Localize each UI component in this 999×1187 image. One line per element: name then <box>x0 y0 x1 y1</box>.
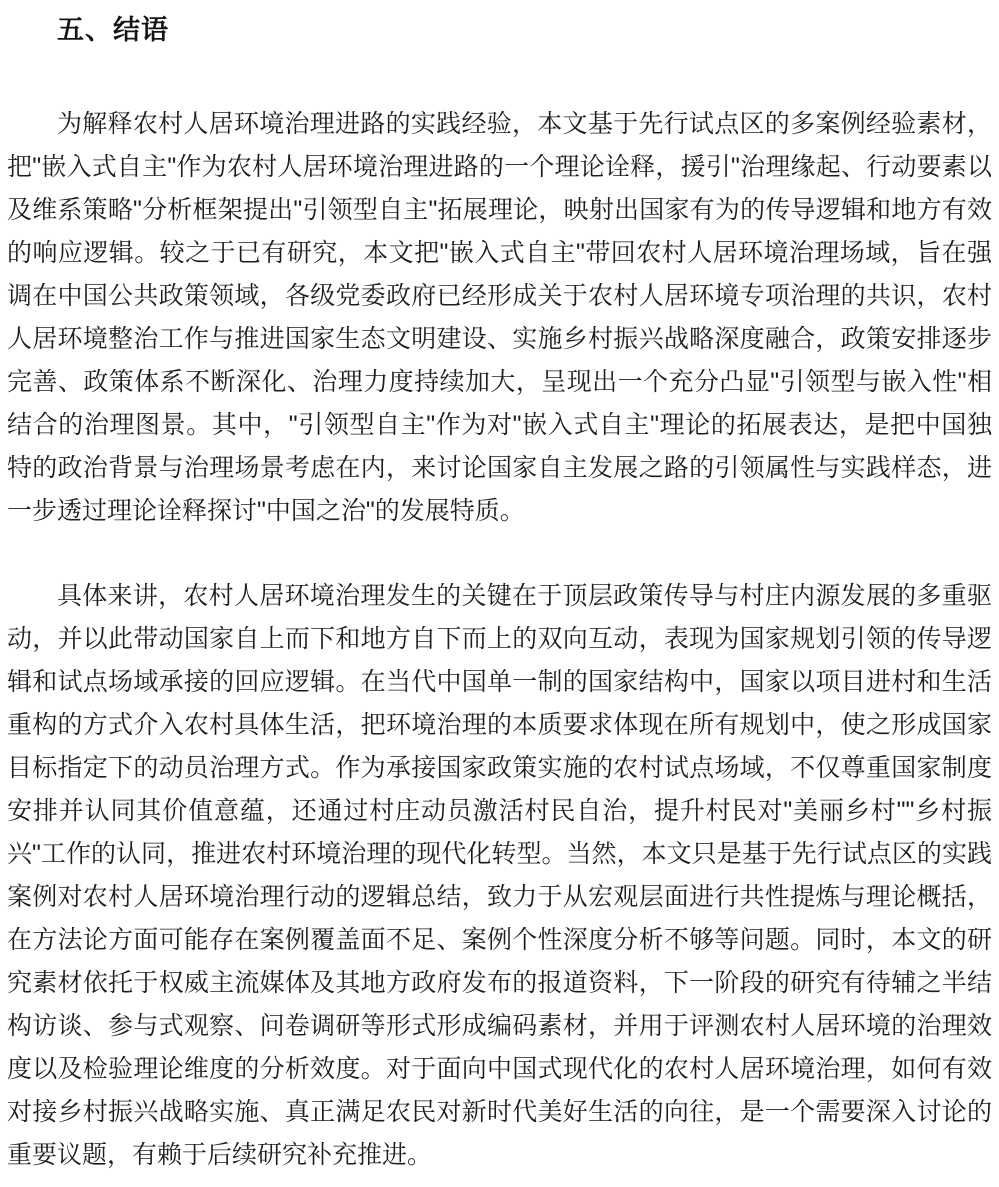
conclusion-paragraph-1: 为解释农村人居环境治理进路的实践经验，本文基于先行试点区的多案例经验素材，把"嵌… <box>7 103 992 533</box>
document-page: 五、结语 为解释农村人居环境治理进路的实践经验，本文基于先行试点区的多案例经验素… <box>0 0 999 1187</box>
conclusion-paragraph-2: 具体来讲，农村人居环境治理发生的关键在于顶层政策传导与村庄内源发展的多重驱动，并… <box>7 575 992 1177</box>
section-heading: 五、结语 <box>57 12 992 48</box>
